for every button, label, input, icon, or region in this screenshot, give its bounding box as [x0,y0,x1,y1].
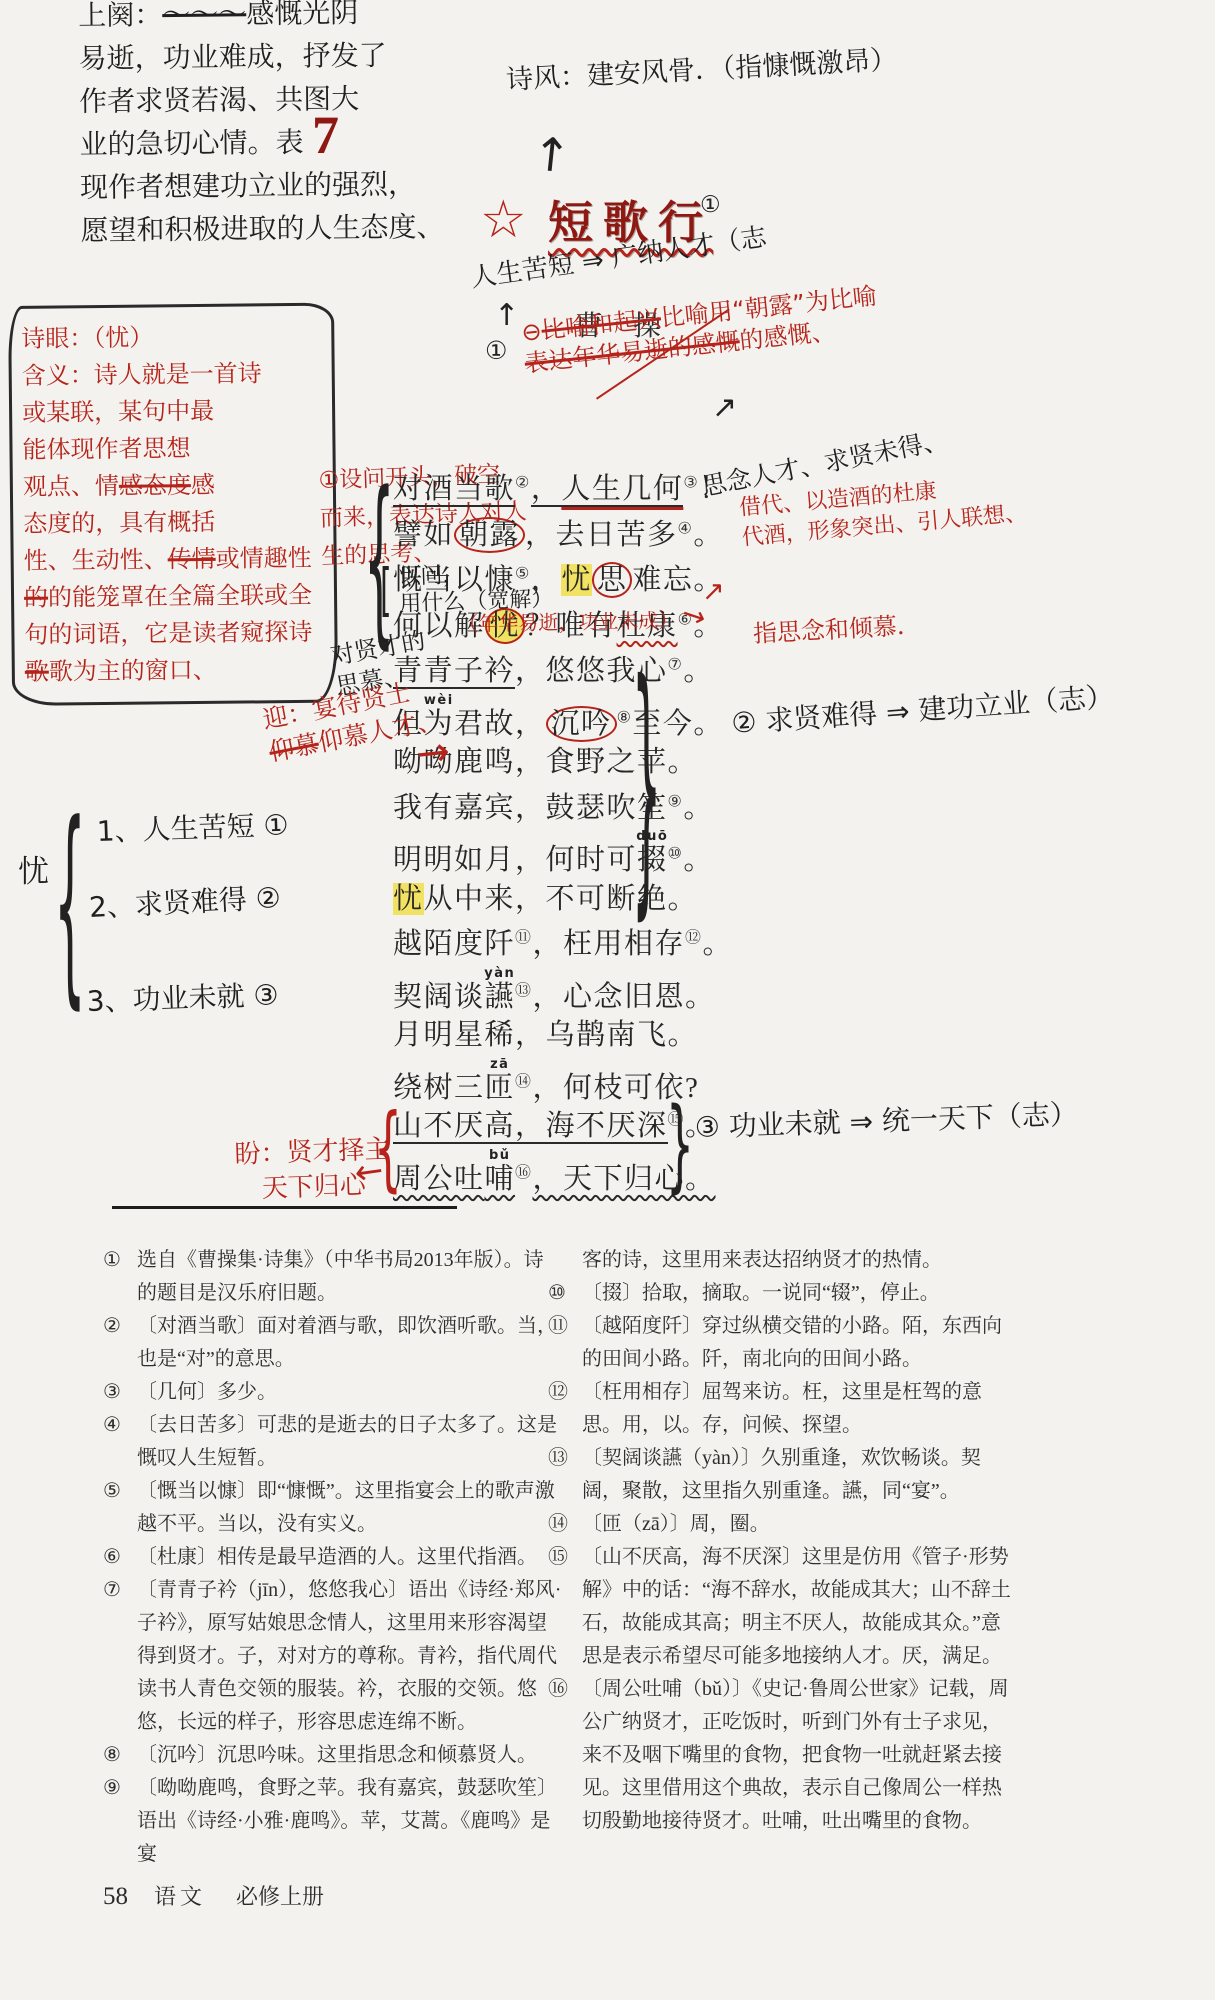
annotation-bracket: [ [380,564,392,621]
footnote-text: 〔山不厌高，海不厌深〕这里是仿用《管子·形势解》中的话：“海不辞水，故能成其大；… [582,1546,1011,1667]
footnote-item: ⑥〔杜康〕相传是最早造酒的人。这里代指酒。 [103,1541,563,1574]
poem-eye-definition-box: 诗眼：（忧）含义：诗人就是一首诗或某联，某句中最能体现作者思想观点、情感态度感态… [8,303,338,706]
footnote-item: ⑧〔沉吟〕沉思吟味。这里指思念和倾慕贤人。 [103,1739,563,1772]
poem-style-note: 诗风：建安风骨．（指慷慨激昂） [505,38,898,97]
poem-line: 忧从中来，不可断绝。 [393,876,733,922]
left-arrow-icon: ← [352,1150,386,1194]
footnote-number: ③ [103,1376,121,1409]
footnote-number: ⑧ [103,1739,121,1772]
footnote-text: 〔几何〕多少。 [137,1381,277,1403]
footnote-item: ⑦〔青青子衿（jīn），悠悠我心〕语出《诗经·郑风·子衿》，原写姑娘思念情人，这… [103,1574,563,1739]
footnote-number: ② [103,1310,121,1343]
star-icon: ☆ [480,190,527,250]
footnote-item: ⑮〔山不厌高，海不厌深〕这里是仿用《管子·形势解》中的话：“海不辞水，故能成其大… [548,1541,1014,1673]
handwritten-seven-mark: 7 [312,104,339,166]
footnote-text: 〔掇〕拾取，摘取。一说同“辍”，停止。 [582,1282,940,1304]
footnote-text: 〔周公吐哺（bǔ）〕《史记·鲁周公世家》记载，周公广纳贤才，正吃饭时，听到门外有… [582,1678,1009,1832]
stanza-number-mark: ① [485,336,507,365]
footnote-item: ⑫〔枉用相存〕屈驾来访。枉，这里是枉驾的意思。用，以。存，问候、探望。 [548,1376,1014,1442]
textbook-page: { "colors":{"paper":"#f3f2ee","ink":"#1f… [0,0,1215,2000]
footnote-number: ⑮ [548,1541,568,1574]
right-arrow-icon: → [414,728,452,777]
footnote-text: 〔契阔谈讌（yàn）〕久别重逢，欢饮畅谈。契阔，聚散，这里指久别重逢。讌，同“宴… [582,1447,981,1502]
footnote-number: ⑦ [103,1574,121,1607]
footnote-item: ⑭〔匝（zā）〕周，圈。 [548,1508,1014,1541]
footnote-number: ⑬ [548,1442,568,1475]
footnote-number: ⑪ [548,1310,568,1343]
summary-item: 1、人生苦短 ① [96,803,289,850]
handwritten-summary-note: 上阕：〜〜〜感慨光阴易逝，功业难成，抒发了作者求贤若渴、共图大业的急切心情。表现… [78,0,451,252]
footnote-number: ⑯ [548,1673,568,1706]
footnote-item: ⑯〔周公吐哺（bǔ）〕《史记·鲁周公世家》记载，周公广纳贤才，正吃饭时，听到门外… [548,1673,1014,1838]
footnote-text: 〔慨当以慷〕即“慷慨”。这里指宴会上的歌声激越不平。当以，没有实义。 [137,1480,555,1535]
footnote-number: ⑨ [103,1772,121,1805]
footnote-number: ⑥ [103,1541,121,1574]
question-device-note: 以问， 用什么（宽解） [398,559,554,618]
summary-brace: { [54,796,86,1011]
footnote-item: ⑨〔呦呦鹿鸣，食野之苹。我有嘉宾，鼓瑟吹笙〕语出《诗经·小雅·鹿鸣》。苹，艾蒿。… [103,1772,563,1871]
footnote-text: 〔青青子衿（jīn），悠悠我心〕语出《诗经·郑风·子衿》，原写姑娘思念情人，这里… [137,1579,561,1733]
couplet-brace: } [666,1096,694,1197]
footnote-separator [112,1206,457,1209]
up-arrow-icon: ↑ [529,126,573,184]
poem-line: 对酒当歌②，人生几何③！ [393,466,733,512]
footnotes-left-column: ①选自《曹操集·诗集》（中华书局2013年版）。诗的题目是汉乐府旧题。 ②〔对酒… [103,1244,563,1871]
footnote-text: 〔对酒当歌〕面对着酒与歌，即饮酒听歌。当，也是“对”的意思。 [137,1315,557,1370]
poem-line: 明明如月，何时可掇duō⑩。 [393,830,733,876]
title-footnote-ref: ① [700,192,721,218]
footnote-number: ⑤ [103,1475,121,1508]
footnote-item: ⑩〔掇〕拾取，摘取。一说同“辍”，停止。 [548,1277,1014,1310]
page-number: 58 [103,1883,128,1910]
poem-line: 青青子衿，悠悠我心⑦。 [393,648,733,694]
footnotes-right-column: 客的诗，这里用来表达招纳贤才的热情。 ⑩〔掇〕拾取，摘取。一说同“辍”，停止。 … [548,1244,1014,1838]
poem-line: 月明星稀，乌鹊南飞。 [393,1012,733,1058]
footnote-item: ①选自《曹操集·诗集》（中华书局2013年版）。诗的题目是汉乐府旧题。 [103,1244,563,1310]
footnote-number: ⑫ [548,1376,568,1409]
footnote-text: 〔杜康〕相传是最早造酒的人。这里代指酒。 [137,1546,537,1568]
poem-line: 我有嘉宾，鼓瑟吹笙⑨。 [393,785,733,831]
footnote-item: ⑬〔契阔谈讌（yàn）〕久别重逢，欢饮畅谈。契阔，聚散，这里指久别重逢。讌，同“… [548,1442,1014,1508]
footnote-number: ⑭ [548,1508,568,1541]
footnote-number: ④ [103,1409,121,1442]
section2-summary-note: ② 求贤难得 ⇒ 建功立业（志） [730,675,1115,742]
summary-item: 3、功业未就 ③ [86,973,279,1020]
footnote-text: 〔呦呦鹿鸣，食野之苹。我有嘉宾，鼓瑟吹笙〕语出《诗经·小雅·鹿鸣》。苹，艾蒿。《… [137,1777,557,1865]
footnote-text: 〔越陌度阡〕穿过纵横交错的小路。陌，东西向的田间小路。阡，南北向的田间小路。 [582,1315,1002,1370]
footnote-item: ⑪〔越陌度阡〕穿过纵横交错的小路。陌，东西向的田间小路。阡，南北向的田间小路。 [548,1310,1014,1376]
up-right-arrow-icon: ↗ [712,390,737,425]
stanza-brace: } [632,648,661,919]
footnote-item: ⑤〔慨当以慷〕即“慷慨”。这里指宴会上的歌声激越不平。当以，没有实义。 [103,1475,563,1541]
footnote-text: 〔沉吟〕沉思吟味。这里指思念和倾慕贤人。 [137,1744,537,1766]
footnote-item: ②〔对酒当歌〕面对着酒与歌，即饮酒听歌。当，也是“对”的意思。 [103,1310,563,1376]
poem-line: 譬如朝露，去日苦多④。 [393,512,733,558]
section3-summary-note: ③ 功业未就 ⇒ 统一天下（志） [694,1093,1078,1146]
footnote-text: 选自《曹操集·诗集》（中华书局2013年版）。诗的题目是汉乐府旧题。 [137,1249,544,1304]
poem-line: 越陌度阡⑪，枉用相存⑫。 [393,921,733,967]
footnote-text: 〔枉用相存〕屈驾来访。枉，这里是枉驾的意思。用，以。存，问候、探望。 [582,1381,982,1436]
subject-label: 语文 [154,1884,206,1909]
page-footer: 58语文必修上册 [103,1880,324,1911]
worry-label: 忧 [18,846,49,891]
poem-line: 契阔谈讌yàn⑬，心念旧恩。 [393,967,733,1013]
footnote-item: 客的诗，这里用来表达招纳贤才的热情。 [548,1244,1014,1277]
metaphor-annotation: ⊖比喻和起兴比喻用“朝露”为比喻表达年华易逝的感慨的感慨、 [520,281,882,380]
footnote-item: ④〔去日苦多〕可悲的是逝去的日子太多了。这是慨叹人生短暂。 [103,1409,563,1475]
footnote-number: ⑩ [548,1277,566,1310]
footnote-text: 〔去日苦多〕可悲的是逝去的日子太多了。这是慨叹人生短暂。 [137,1414,557,1469]
summary-item: 2、求贤难得 ② [88,876,282,926]
up-arrow-icon: ↑ [494,298,519,333]
footnote-text: 客的诗，这里用来表达招纳贤才的热情。 [582,1249,942,1271]
footnote-text: 〔匝（zā）〕周，圈。 [582,1513,770,1535]
footnote-number: ① [103,1244,121,1277]
volume-label: 必修上册 [236,1884,324,1909]
longing-note: 指思念和倾慕． [752,605,922,649]
footnote-item: ③〔几何〕多少。 [103,1376,563,1409]
